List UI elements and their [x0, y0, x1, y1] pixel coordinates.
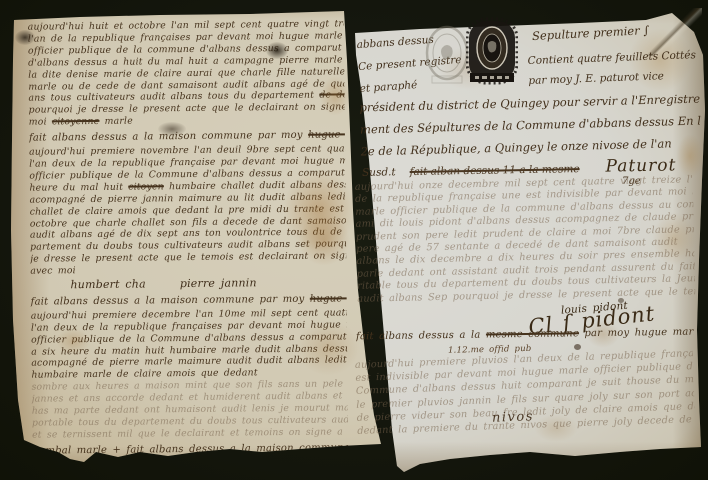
right-page-text: aujourd'hui onze decembre mil sept cent … [356, 178, 694, 433]
manuscript-line: fait albans dessus a la maison commune p… [29, 130, 345, 145]
signature: pierre jannin [180, 277, 257, 290]
registry-corner-note: abbans dessus Ce present registre et par… [356, 26, 478, 100]
struck-text: fait alban dessus 11 a la mesme [410, 163, 580, 178]
manuscript-line: et se ternissent mil que le declairant e… [32, 426, 348, 441]
manuscript-line: moi citoyenne marle [29, 114, 345, 129]
register-header-body: président du district de Quingey pour se… [359, 88, 703, 163]
caption: humbal marle + fait albans dessus a la m… [32, 442, 348, 457]
manuscript-line: fait albans dessus a la maison commune p… [31, 293, 347, 308]
paturot-signature: Paturot [605, 155, 676, 176]
para: aujourd'hui huit et octobre l'an mil sep… [28, 18, 345, 128]
nivos-word: nivos [492, 409, 534, 425]
caption: fait albans dessus a la maison commune p… [31, 293, 347, 308]
register-header-right: Contient quatre feuillets Cottés par moy… [527, 45, 700, 91]
manuscript-line: humbal marle + fait albans dessus a la m… [32, 442, 348, 457]
left-page-text: aujourd'hui huit et octobre l'an mil sep… [28, 18, 349, 459]
caption: fait albans dessus a la maison commune p… [29, 130, 345, 145]
manuscript-scan: aujourd'hui huit et octobre l'an mil sep… [0, 0, 708, 480]
para: partement du doubs tous cultivateurs aud… [30, 239, 346, 278]
para: aujourd'hui onze decembre mil sept cent … [355, 174, 696, 306]
para: aujourd'hui premiere decembre l'an 10me … [31, 307, 348, 382]
signature-row: humbert chapierre jannin [70, 276, 346, 292]
signature: humbert cha [70, 278, 145, 291]
close-prefix: Susd.t [362, 166, 396, 179]
para: sombre aux heures a maison mint que son … [31, 379, 348, 442]
para: aujourd'hui premiere novembre l'an deuil… [29, 143, 346, 242]
para: aujourd'hui premiere pluvios l'an deux d… [355, 347, 696, 438]
